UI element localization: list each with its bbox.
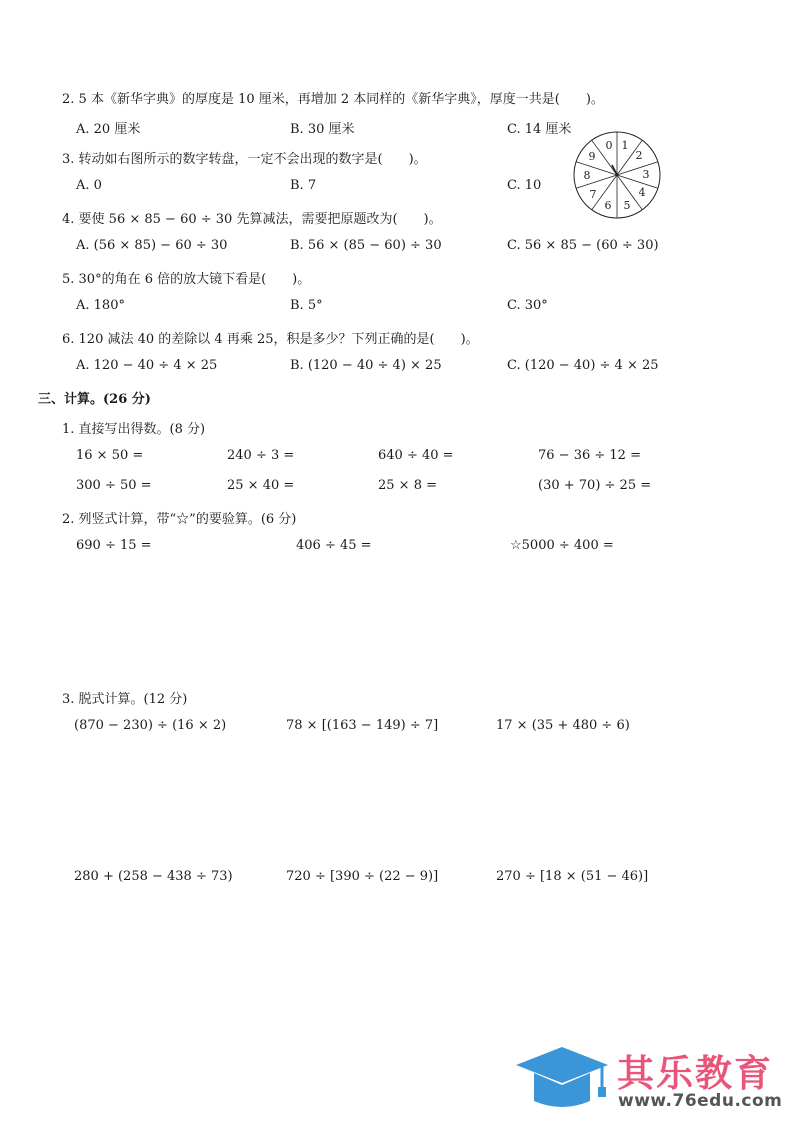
question-3-option-c: C. 10	[507, 178, 541, 193]
part-2-title: 2. 列竖式计算，带“☆”的要验算。(6 分)	[62, 508, 296, 527]
question-2-option-b: B. 30 厘米	[290, 118, 355, 137]
step-calc-item: 78 × [(163 − 149) ÷ 7]	[286, 718, 438, 733]
spinner-number-9: 9	[589, 150, 596, 163]
vertical-calc-item: 690 ÷ 15 =	[76, 538, 152, 553]
question-2-stem: 2. 5 本《新华字典》的厚度是 10 厘米，再增加 2 本同样的《新华字典》，…	[62, 88, 604, 107]
spinner-number-5: 5	[624, 199, 631, 212]
brand-url: www.76edu.com	[618, 1091, 782, 1111]
question-3-stem: 3. 转动如右图所示的数字转盘，一定不会出现的数字是( )。	[62, 148, 427, 167]
question-5-option-c: C. 30°	[507, 298, 548, 313]
spinner-number-7: 7	[590, 188, 597, 201]
question-3-option-a: A. 0	[76, 178, 102, 193]
question-2-option-a: A. 20 厘米	[76, 118, 140, 137]
oral-calc-item: 76 − 36 ÷ 12 =	[538, 448, 641, 463]
step-calc-item: 270 ÷ [18 × (51 − 46)]	[496, 869, 648, 884]
spinner-number-0: 0	[606, 139, 613, 152]
graduation-cap-icon	[512, 1043, 612, 1113]
oral-calc-item: 240 ÷ 3 =	[227, 448, 294, 463]
question-5-option-a: A. 180°	[76, 298, 125, 313]
question-4-option-c: C. 56 × 85 − (60 ÷ 30)	[507, 238, 659, 253]
oral-calc-item: 16 × 50 =	[76, 448, 143, 463]
brand-logo: 其乐教育 www.76edu.com	[512, 1043, 787, 1115]
spinner-number-2: 2	[636, 149, 643, 162]
spinner-number-3: 3	[643, 168, 650, 181]
question-6-option-c: C. (120 − 40) ÷ 4 × 25	[507, 358, 659, 373]
number-spinner-figure: 0 1 2 3 4 5 6 7 8 9	[572, 130, 662, 220]
question-4-option-b: B. 56 × (85 − 60) ÷ 30	[290, 238, 442, 253]
part-3-title: 3. 脱式计算。(12 分)	[62, 688, 187, 707]
oral-calc-item: 25 × 8 =	[378, 478, 437, 493]
brand-title: 其乐教育	[617, 1043, 773, 1097]
oral-calc-item: 300 ÷ 50 =	[76, 478, 152, 493]
spinner-number-8: 8	[584, 169, 591, 182]
spinner-number-1: 1	[622, 139, 629, 152]
question-5-stem: 5. 30°的角在 6 倍的放大镜下看是( )。	[62, 268, 310, 287]
question-4-option-a: A. (56 × 85) − 60 ÷ 30	[76, 238, 227, 253]
oral-calc-item: (30 + 70) ÷ 25 =	[538, 478, 651, 493]
question-5-option-b: B. 5°	[290, 298, 323, 313]
question-6-stem: 6. 120 减法 40 的差除以 4 再乘 25，积是多少？下列正确的是( )…	[62, 328, 479, 347]
question-6-option-a: A. 120 − 40 ÷ 4 × 25	[76, 358, 217, 373]
step-calc-item: 17 × (35 + 480 ÷ 6)	[496, 718, 630, 733]
step-calc-item: 720 ÷ [390 ÷ (22 − 9)]	[286, 869, 438, 884]
spinner-number-6: 6	[605, 199, 612, 212]
part-1-title: 1. 直接写出得数。(8 分)	[62, 418, 205, 437]
vertical-calc-item: ☆5000 ÷ 400 =	[510, 538, 614, 553]
question-6-option-b: B. (120 − 40 ÷ 4) × 25	[290, 358, 442, 373]
question-2-option-c: C. 14 厘米	[507, 118, 571, 137]
section-3-title: 三、计算。(26 分)	[38, 388, 151, 407]
oral-calc-item: 640 ÷ 40 =	[378, 448, 454, 463]
step-calc-item: (870 − 230) ÷ (16 × 2)	[74, 718, 226, 733]
spinner-number-4: 4	[639, 186, 646, 199]
question-4-stem: 4. 要使 56 × 85 − 60 ÷ 30 先算减法，需要把原题改为( )。	[62, 208, 442, 227]
vertical-calc-item: 406 ÷ 45 =	[296, 538, 372, 553]
oral-calc-item: 25 × 40 =	[227, 478, 294, 493]
step-calc-item: 280 + (258 − 438 ÷ 73)	[74, 869, 233, 884]
question-3-option-b: B. 7	[290, 178, 316, 193]
